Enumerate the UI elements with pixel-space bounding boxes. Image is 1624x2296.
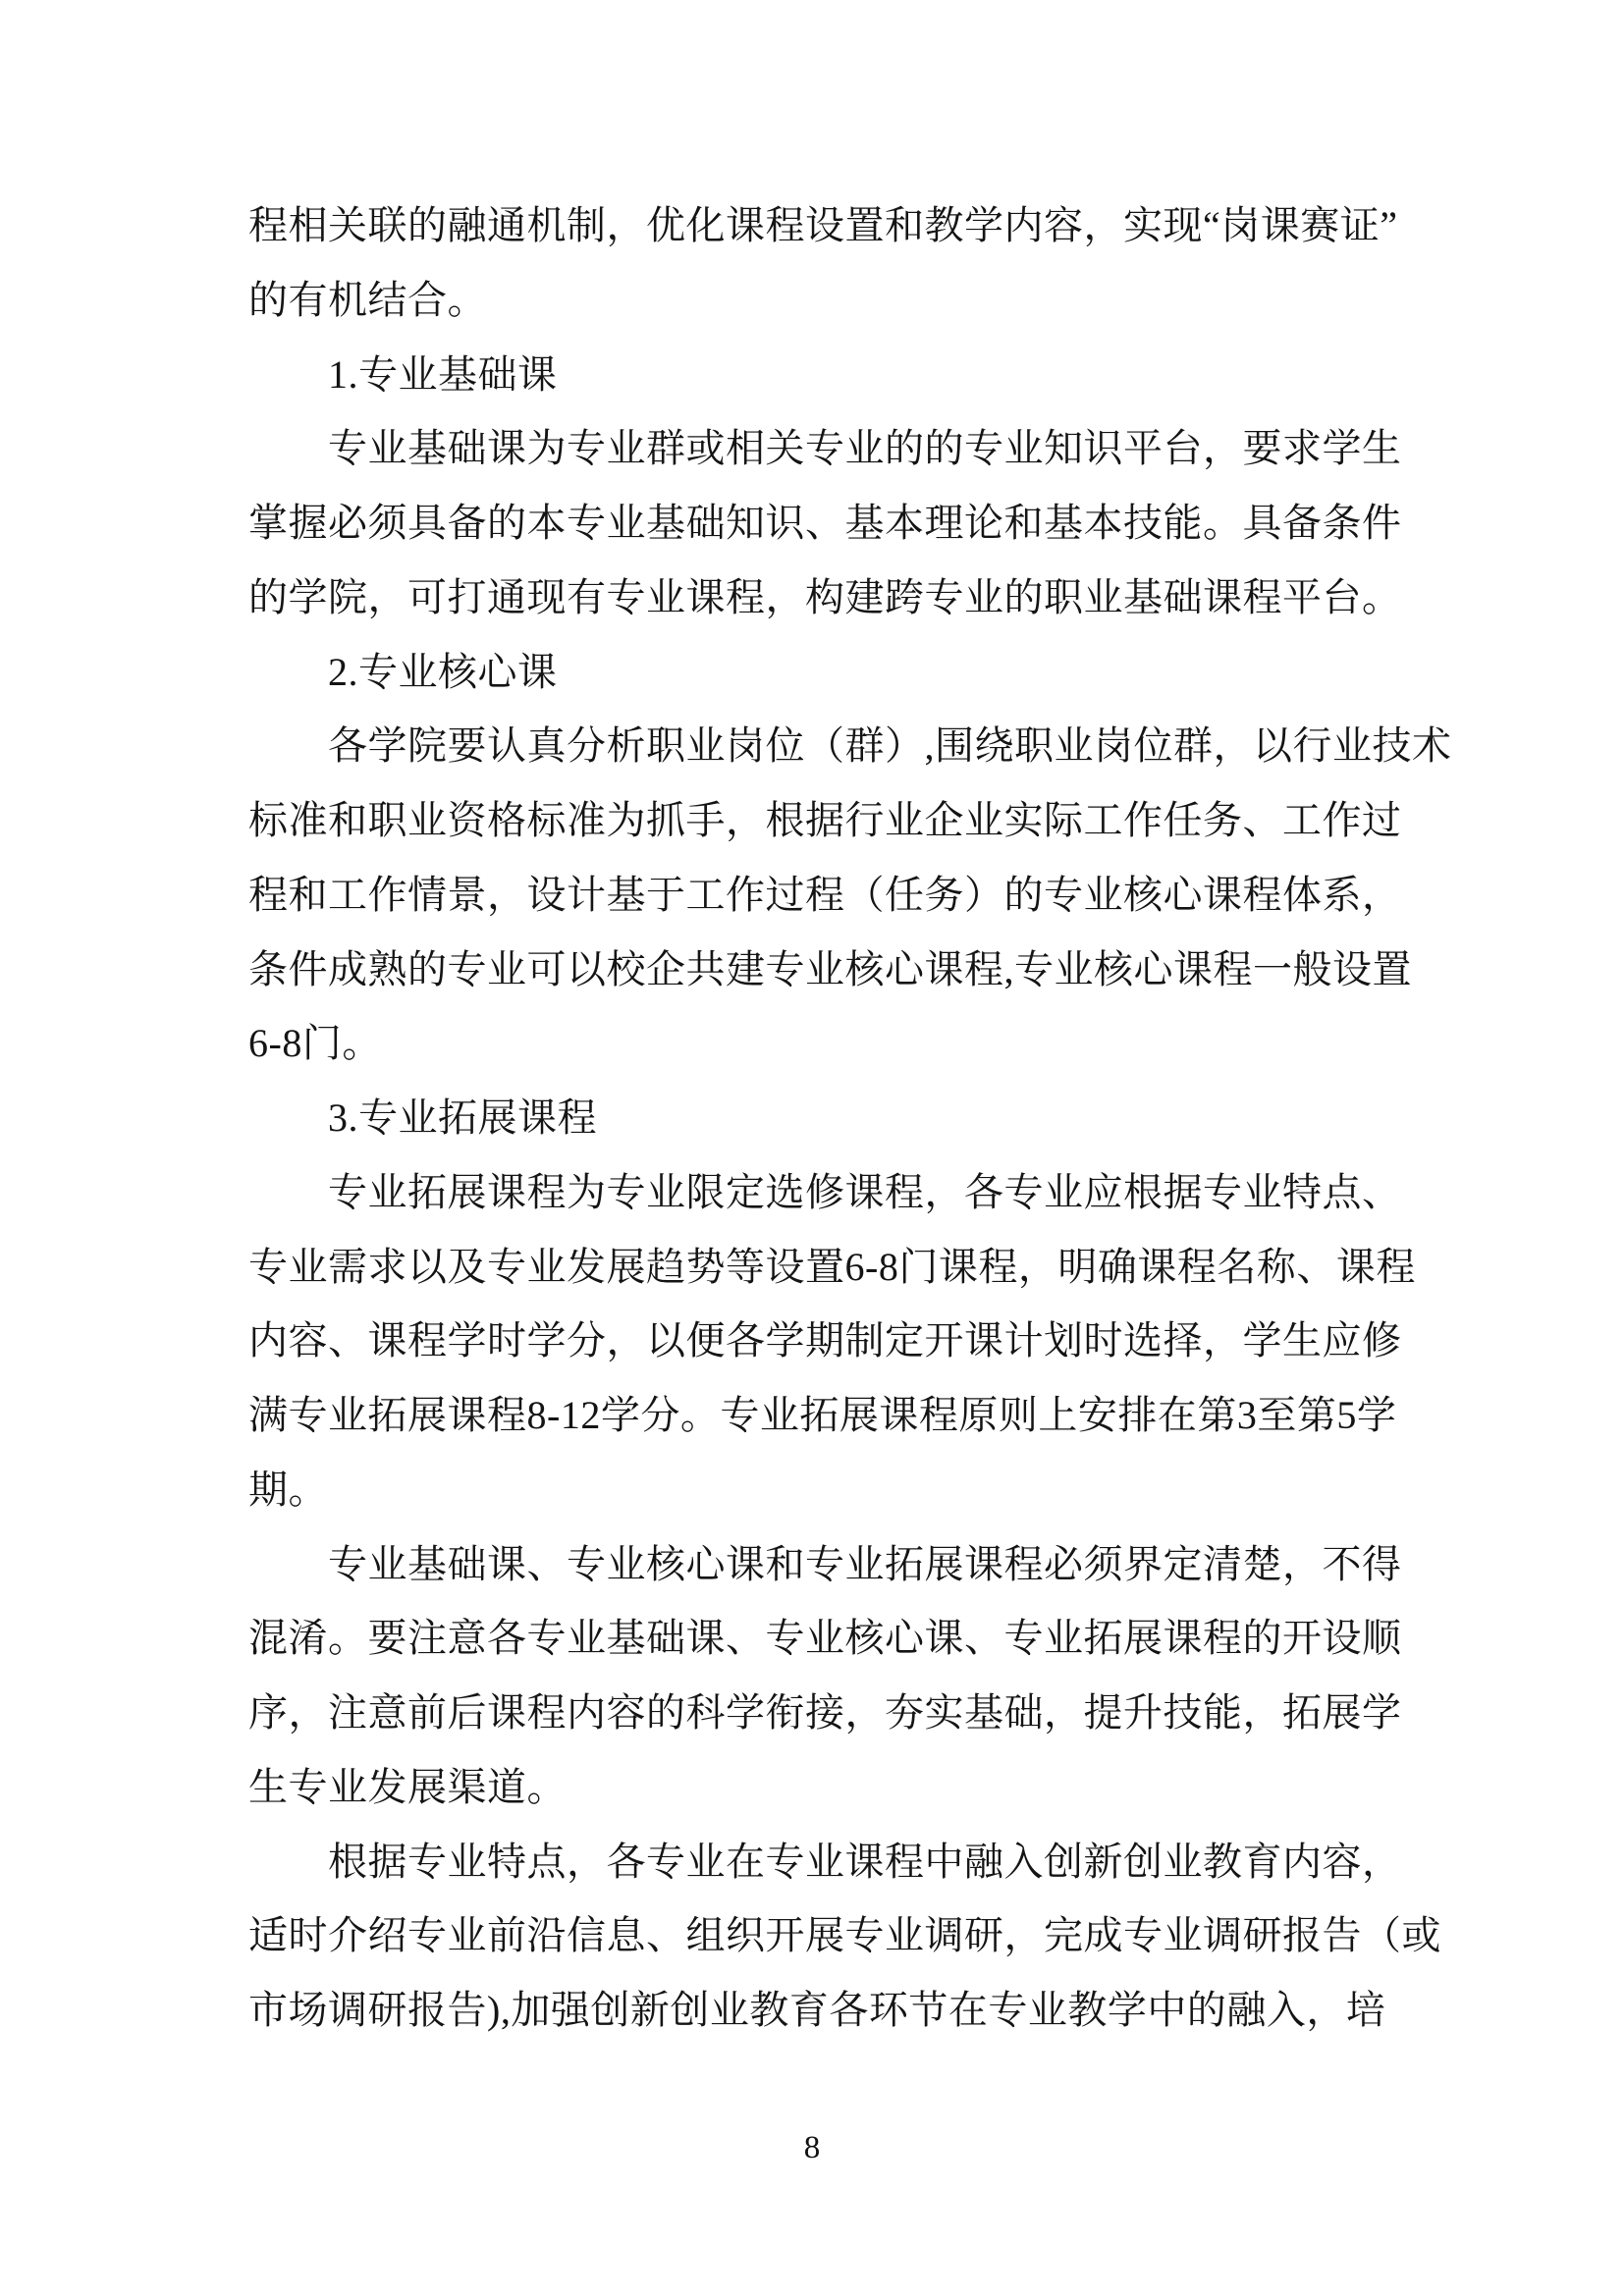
text-line: 3.专业拓展课程 — [248, 1081, 1378, 1155]
text-line: 掌握必须具备的本专业基础知识、基本理论和基本技能。具备条件 — [248, 486, 1378, 561]
text-line: 根据专业特点，各专业在专业课程中融入创新创业教育内容， — [248, 1825, 1378, 1899]
text-line: 市场调研报告),加强创新创业教育各环节在专业教学中的融入，培 — [248, 1973, 1378, 2048]
text-line: 的学院，可打通现有专业课程，构建跨专业的职业基础课程平台。 — [248, 561, 1378, 635]
text-line: 专业基础课为专业群或相关专业的的专业知识平台，要求学生 — [248, 411, 1378, 486]
text-line: 程和工作情景，设计基于工作过程（任务）的专业核心课程体系， — [248, 858, 1378, 933]
text-line: 各学院要认真分析职业岗位（群）,围绕职业岗位群，以行业技术 — [248, 709, 1378, 783]
text-line: 期。 — [248, 1453, 1378, 1527]
text-line: 满专业拓展课程8-12学分。专业拓展课程原则上安排在第3至第5学 — [248, 1378, 1378, 1453]
body-text: 程相关联的融通机制，优化课程设置和教学内容，实现“岗课赛证”的有机结合。1.专业… — [248, 188, 1378, 2048]
text-line: 专业基础课、专业核心课和专业拓展课程必须界定清楚，不得 — [248, 1527, 1378, 1602]
text-line: 程相关联的融通机制，优化课程设置和教学内容，实现“岗课赛证” — [248, 188, 1378, 263]
text-line: 条件成熟的专业可以校企共建专业核心课程,专业核心课程一般设置 — [248, 933, 1378, 1007]
text-line: 专业需求以及专业发展趋势等设置6-8门课程，明确课程名称、课程 — [248, 1230, 1378, 1305]
page-number: 8 — [0, 2130, 1624, 2166]
text-line: 专业拓展课程为专业限定选修课程，各专业应根据专业特点、 — [248, 1155, 1378, 1230]
text-line: 序，注意前后课程内容的科学衔接，夯实基础，提升技能，拓展学 — [248, 1676, 1378, 1750]
text-line: 6-8门。 — [248, 1006, 1378, 1081]
text-line: 标准和职业资格标准为抓手，根据行业企业实际工作任务、工作过 — [248, 783, 1378, 858]
text-line: 内容、课程学时学分，以便各学期制定开课计划时选择，学生应修 — [248, 1304, 1378, 1378]
text-line: 的有机结合。 — [248, 263, 1378, 338]
text-line: 1.专业基础课 — [248, 338, 1378, 412]
document-page: 程相关联的融通机制，优化课程设置和教学内容，实现“岗课赛证”的有机结合。1.专业… — [0, 0, 1624, 2296]
text-line: 混淆。要注意各专业基础课、专业核心课、专业拓展课程的开设顺 — [248, 1601, 1378, 1676]
text-line: 适时介绍专业前沿信息、组织开展专业调研，完成专业调研报告（或 — [248, 1898, 1378, 1973]
text-line: 生专业发展渠道。 — [248, 1750, 1378, 1825]
text-line: 2.专业核心课 — [248, 635, 1378, 710]
